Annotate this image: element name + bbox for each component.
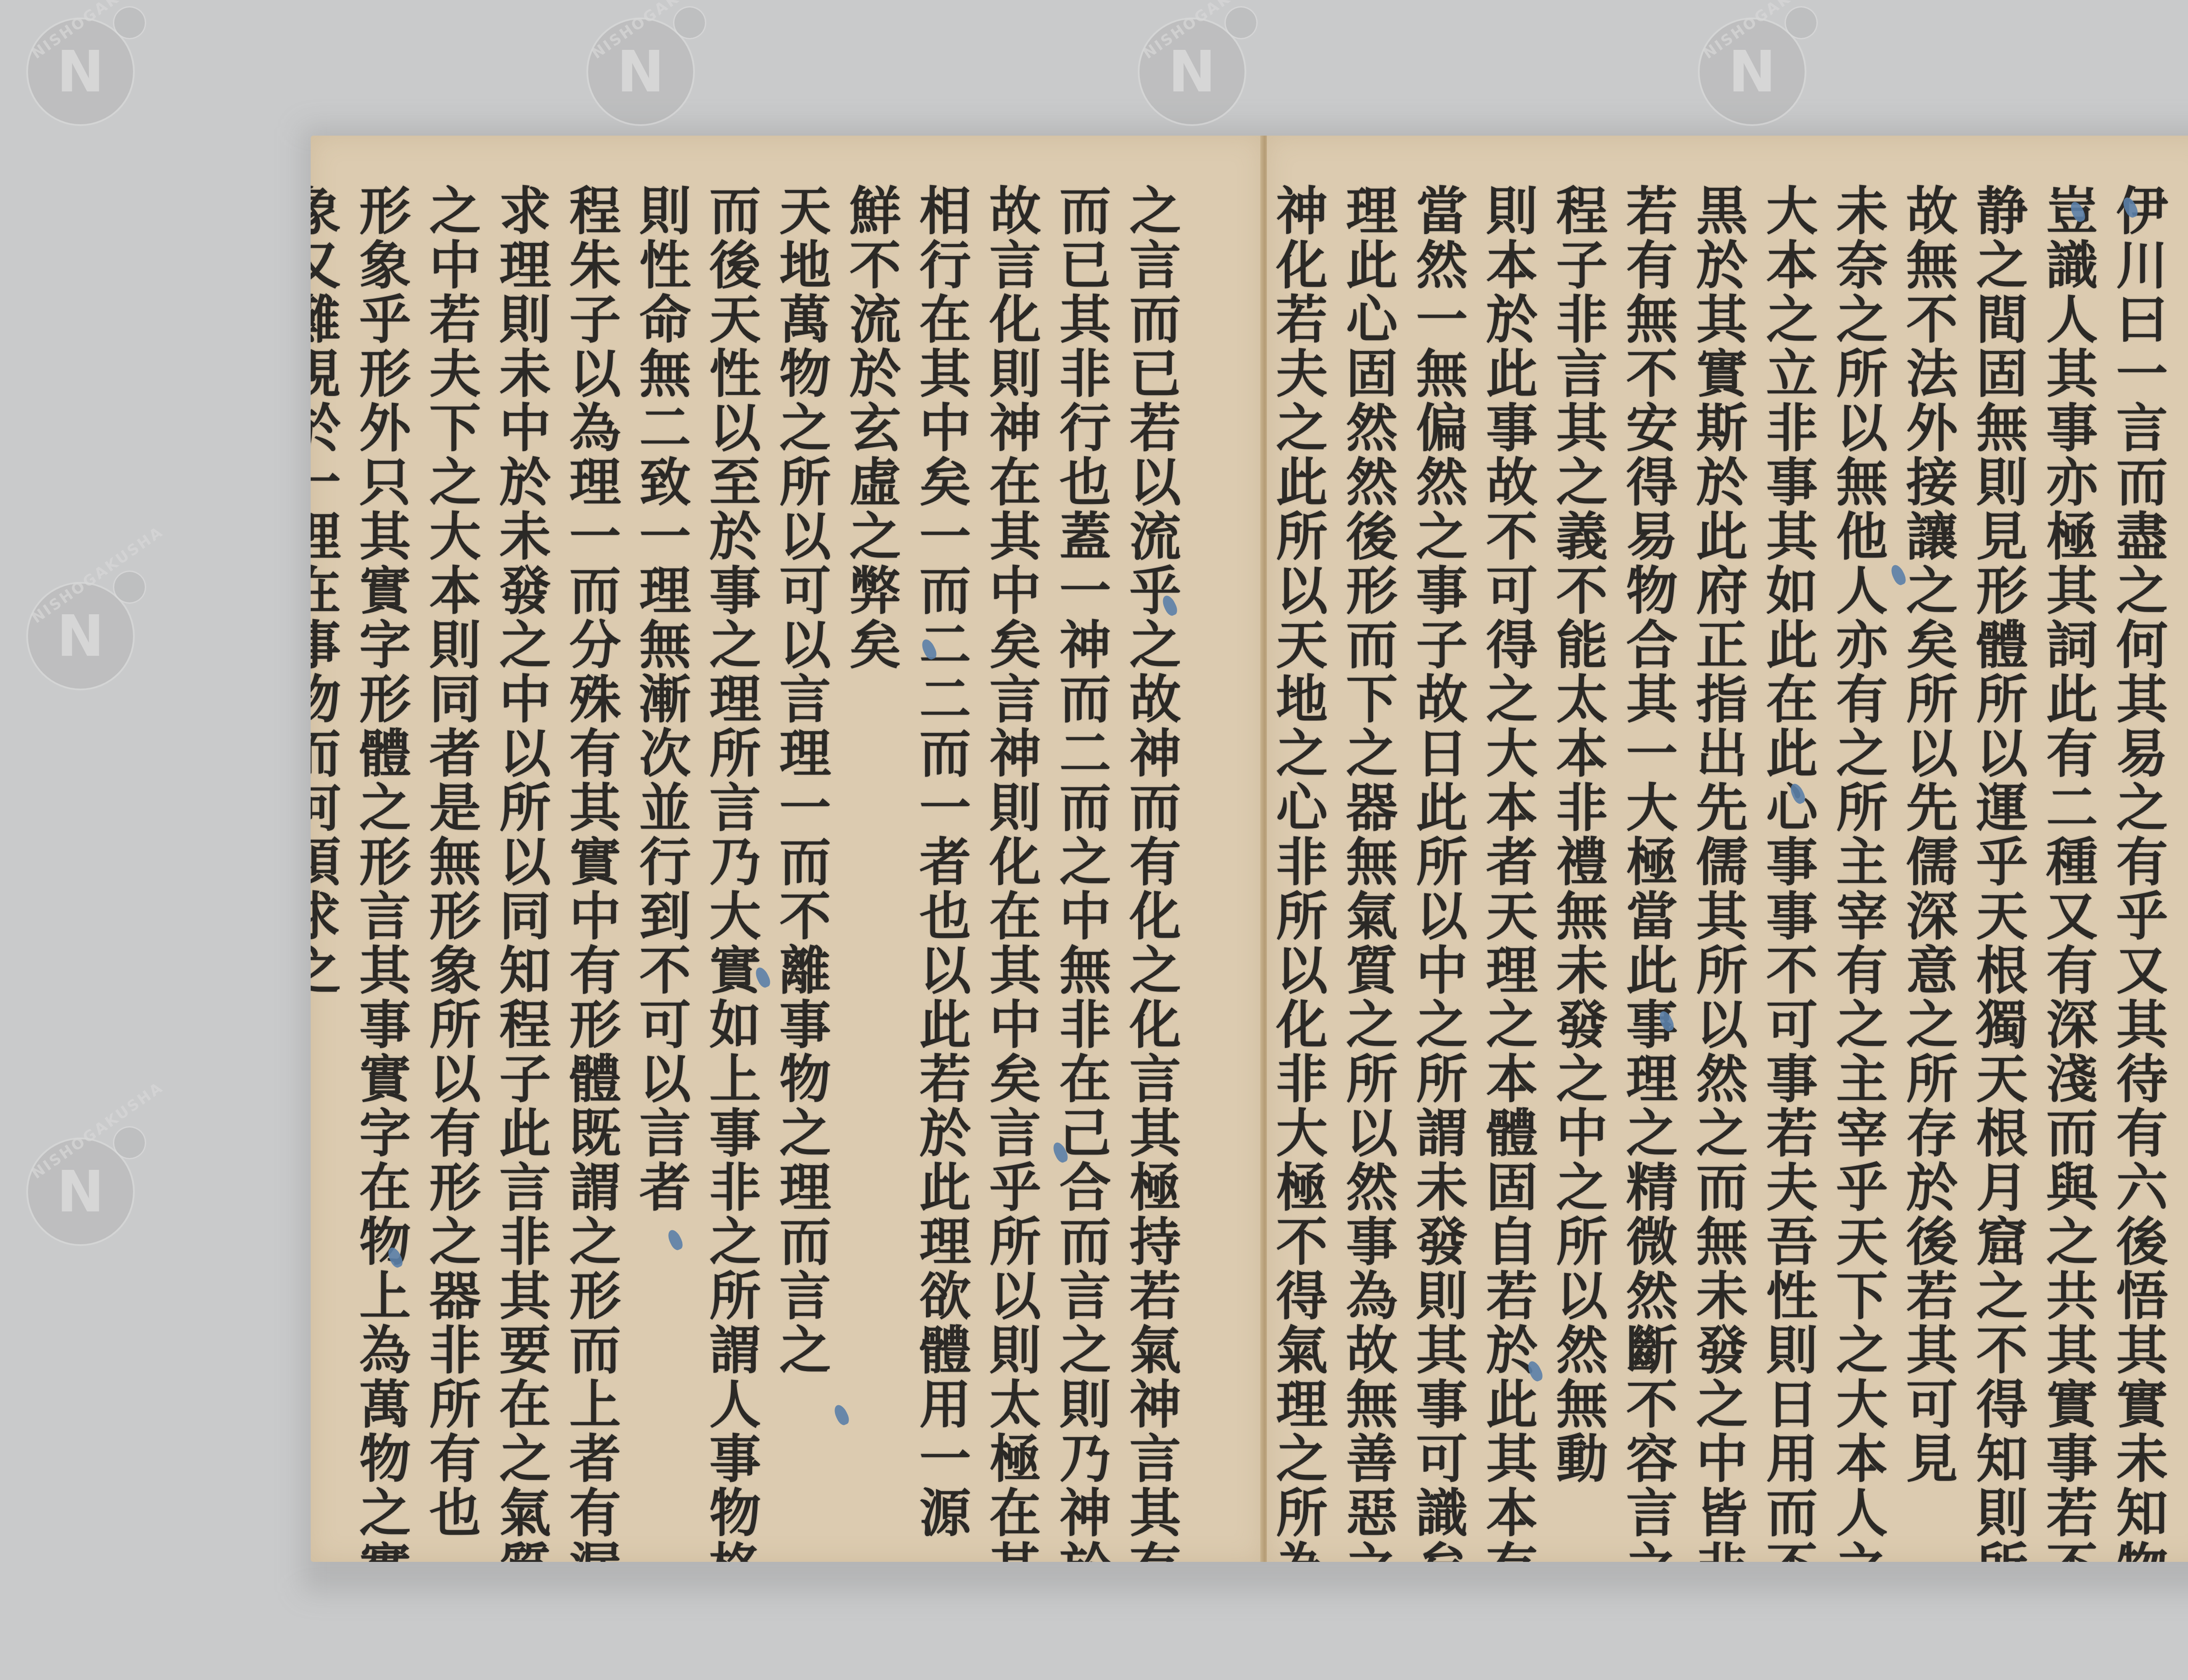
- text-column: 理此心固然然後形而下之器無氣質之所以然事為故無善惡之理: [1335, 184, 1400, 1509]
- watermark-dot-icon: [113, 570, 146, 604]
- right-page-text: 伊川曰一言而盡之何其易之有乎又其待有六後悟其實未知物未誠天根 豈識人其事亦極其詞…: [1267, 184, 2188, 1509]
- watermark-n-icon: N: [617, 38, 665, 105]
- text-column: 若有無不安得易物合其一大極當此事理之精微然斷不容言之其後: [1615, 184, 1680, 1509]
- text-column: 之言而已若以流乎之故神而有化之化言其極持若氣神言其有氣者化至: [1118, 184, 1184, 1509]
- text-column: 相行在其中矣一而二二而一者也以此若於此理欲體用一源: [908, 184, 974, 1509]
- watermark-dot-icon: [1224, 6, 1258, 39]
- text-column: 當然一無偏然之事子故日此所以中之所謂未發則其事可識矣: [1405, 184, 1470, 1509]
- watermark-logo: NISHOGAKUSHA N: [26, 582, 135, 690]
- watermark-dot-icon: [1785, 6, 1818, 39]
- watermark-n-icon: N: [57, 603, 105, 669]
- text-column: 而後天性以至於事之理所言乃大實如上事非之所謂人事物格知至: [698, 184, 764, 1509]
- text-column: 神化若夫之此所以天地之心非所以化非大極不得氣理之所為極則: [1267, 184, 1330, 1509]
- text-column: 之中若夫下之大本則同者是無形象所以有形之器非所有也: [418, 184, 484, 1509]
- text-column: 象又難視於一理在事物而何須求之: [311, 184, 344, 1509]
- text-column: 程子非言其之義不能太本非禮無未發之中之所以然無動: [1545, 184, 1610, 1509]
- watermark-logo: NISHOGAKUSHA N: [1698, 17, 1806, 126]
- text-column: 伊川曰一言而盡之何其易之有乎又其待有六後悟其實未知物未誠天根: [2105, 184, 2170, 1509]
- watermark-n-icon: N: [57, 38, 105, 105]
- text-column: 天地萬物之所以可以言理一而不離事物之理而言之: [768, 184, 834, 1509]
- text-column: 程朱子以為理一而分殊有其實中有形體既謂之形而上者有漏形象而下之器: [558, 184, 624, 1509]
- watermark-logo: NISHOGAKUSHA N: [1138, 17, 1246, 126]
- text-column: 則性命無二致一理無漸次並行到不可以言者: [628, 184, 694, 1509]
- watermark-logo: NISHOGAKUSHA N: [26, 17, 135, 126]
- text-column: 静之間固無則見形體所以運乎天根獨天根月窟之不得知則所之至: [1965, 184, 2030, 1509]
- text-column: 未奈之所以無他人亦有之所主宰有之主宰乎天下之大本人之物所不恒有之以: [1825, 184, 1890, 1509]
- watermark-logo: NISHOGAKUSHA N: [586, 17, 695, 126]
- watermark-n-icon: N: [57, 1158, 105, 1225]
- watermark-dot-icon: [113, 1126, 146, 1159]
- left-page: 之言而已若以流乎之故神而有化之化言其極持若氣神言其有氣者化至 而已其非行也蓋一神…: [311, 136, 1262, 1562]
- left-page-text: 之言而已若以流乎之故神而有化之化言其極持若氣神言其有氣者化至 而已其非行也蓋一神…: [311, 184, 1262, 1509]
- open-book: 之言而已若以流乎之故神而有化之化言其極持若氣神言其有氣者化至 而已其非行也蓋一神…: [311, 131, 2188, 1571]
- text-column: 豈識人其事亦極其詞此有二種又有深淺而與之共其實事若不知之動: [2035, 184, 2100, 1509]
- right-page: 伊川曰一言而盡之何其易之有乎又其待有六後悟其實未知物未誠天根 豈識人其事亦極其詞…: [1267, 136, 2188, 1562]
- text-column: 故言化則神在其中矣言神則化在其中矣言乎所以則太極在其中矣言大極則: [978, 184, 1044, 1509]
- watermark-n-icon: N: [1168, 38, 1216, 105]
- text-column: 求理則未中於未發之中以所以同知程子此言非其要在之氣質也: [488, 184, 554, 1509]
- text-column: 鮮不流於玄虛之弊矣: [838, 184, 904, 1509]
- text-column: 則本於此事故不可得之大本者天理之本體固自若於此其本有偏著: [1475, 184, 1540, 1509]
- text-column: 形象乎形外只其實字形體之形言其事實字在物上為萬物之實身: [348, 184, 414, 1509]
- text-column: 而已其非行也蓋一神而二而之中無非在己合而言之則乃神於氣則化: [1048, 184, 1114, 1509]
- watermark-dot-icon: [113, 6, 146, 39]
- watermark-logo: NISHOGAKUSHA N: [26, 1137, 135, 1246]
- text-column: 黒於其實斯於此府正指出先儒其所以然之而無未發之中皆非誤: [1685, 184, 1750, 1509]
- watermark-dot-icon: [673, 6, 706, 39]
- watermark-n-icon: N: [1729, 38, 1776, 105]
- text-column: 大本之立非事其如此在此心事事不可事若夫吾性則日用而不知其理之所得: [1755, 184, 1820, 1509]
- text-column: 故無不法外接讓之矣所以先儒深意之所存於後若其可見: [1895, 184, 1960, 1509]
